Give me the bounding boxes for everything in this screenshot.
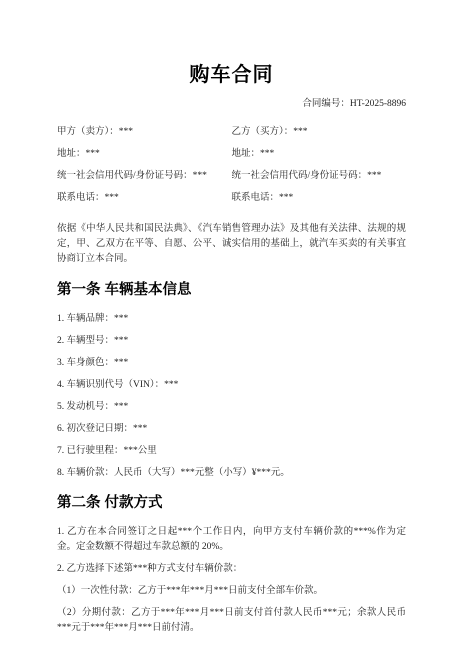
vehicle-info-item-engine-no: 5. 发动机号：*** — [57, 400, 406, 414]
vehicle-info-item-brand: 1. 车辆品牌：*** — [57, 312, 406, 326]
party-b-credit-code: 统一社会信用代码/身份证号码：*** — [232, 170, 407, 183]
party-a-name: 甲方（卖方）：*** — [57, 126, 232, 139]
payment-option-lump-sum: （1）一次性付款：乙方于***年***月***日前支付全部车价款。 — [57, 584, 406, 599]
vehicle-info-item-model: 2. 车辆型号：*** — [57, 334, 406, 348]
vehicle-info-list: 1. 车辆品牌：*** 2. 车辆型号：*** 3. 车身颜色：*** 4. 车… — [57, 312, 406, 480]
vehicle-info-item-color: 3. 车身颜色：*** — [57, 356, 406, 370]
party-b-name: 乙方（买方）：*** — [232, 126, 407, 139]
party-a-phone: 联系电话：*** — [57, 192, 232, 205]
page-title: 购车合同 — [57, 62, 406, 88]
party-b-block: 乙方（买方）：*** 地址：*** 统一社会信用代码/身份证号码：*** 联系电… — [232, 126, 407, 214]
vehicle-info-item-price: 8. 车辆价款：人民币（大写）***元整（小写）¥***元。 — [57, 466, 406, 480]
contract-number: 合同编号：HT-2025-8896 — [57, 98, 406, 111]
vehicle-info-item-first-registration: 6. 初次登记日期：*** — [57, 422, 406, 436]
payment-term-deposit: 1. 乙方在本合同签订之日起***个工作日内，向甲方支付车辆价款的***%作为定… — [57, 525, 406, 555]
party-b-address: 地址：*** — [232, 148, 407, 161]
party-a-block: 甲方（卖方）：*** 地址：*** 统一社会信用代码/身份证号码：*** 联系电… — [57, 126, 232, 214]
vehicle-info-item-vin: 4. 车辆识别代号（VIN）：*** — [57, 378, 406, 392]
payment-terms-list: 1. 乙方在本合同签订之日起***个工作日内，向甲方支付车辆价款的***%作为定… — [57, 525, 406, 636]
payment-term-method-select: 2. 乙方选择下述第***种方式支付车辆价款： — [57, 562, 406, 577]
payment-option-installment: （2）分期付款：乙方于***年***月***日前支付首付款人民币***元；余款人… — [57, 606, 406, 636]
contract-page: 购车合同 合同编号：HT-2025-8896 甲方（卖方）：*** 地址：***… — [0, 0, 463, 655]
vehicle-info-item-mileage: 7. 已行驶里程：***公里 — [57, 444, 406, 458]
parties-section: 甲方（卖方）：*** 地址：*** 统一社会信用代码/身份证号码：*** 联系电… — [57, 126, 406, 214]
party-b-phone: 联系电话：*** — [232, 192, 407, 205]
section-1-heading: 第一条 车辆基本信息 — [57, 282, 406, 299]
party-a-credit-code: 统一社会信用代码/身份证号码：*** — [57, 170, 232, 183]
preamble-paragraph: 依据《中华人民共和国民法典》、《汽车销售管理办法》及其他有关法律、法规的规定，甲… — [57, 222, 406, 267]
party-a-address: 地址：*** — [57, 148, 232, 161]
section-2-heading: 第二条 付款方式 — [57, 495, 406, 512]
